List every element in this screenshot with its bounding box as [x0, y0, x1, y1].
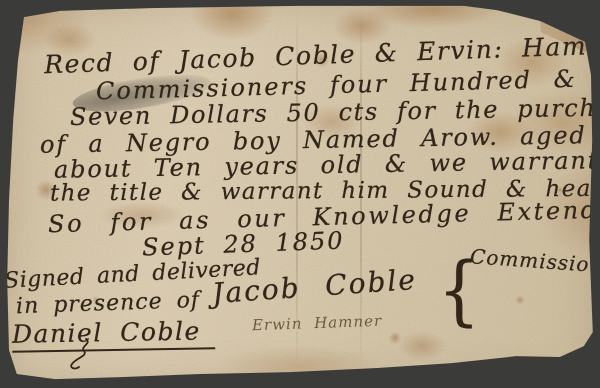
- document-paper: Recd of Jacob Coble & Ervin: Hamner Comm…: [0, 0, 600, 388]
- witness-signature: Daniel Coble: [12, 316, 215, 353]
- pen-flourish: [62, 338, 102, 372]
- signature-erwin-hamner: Erwin Hamner: [252, 312, 383, 335]
- photo-background: Recd of Jacob Coble & Ervin: Hamner Comm…: [0, 0, 600, 388]
- role-label: Commissioners: [469, 244, 600, 280]
- witness-line-2: in presence of: [16, 288, 201, 319]
